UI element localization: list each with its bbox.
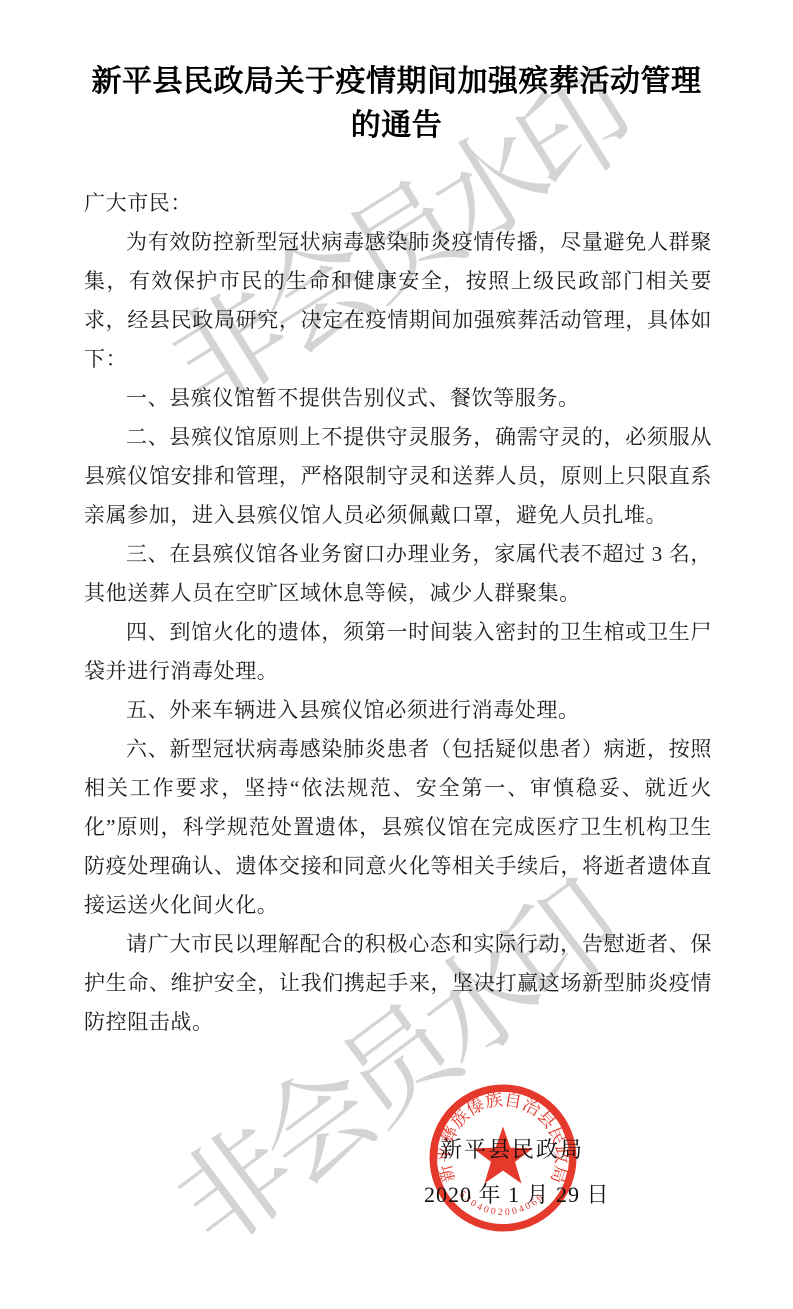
signature: 新平县民政局 [440, 1133, 584, 1164]
document-body: 广大市民： 为有效防控新型冠状病毒感染肺炎疫情传播，尽量避免人群聚集，有效保护市… [84, 184, 712, 1042]
paragraph: 五、外来车辆进入县殡仪馆必须进行消毒处理。 [84, 691, 712, 730]
paragraph: 三、在县殡仪馆各业务窗口办理业务，家属代表不超过 3 名，其他送葬人员在空旷区域… [84, 535, 712, 613]
paragraph: 一、县殡仪馆暂不提供告别仪式、餐饮等服务。 [84, 379, 712, 418]
paragraph: 请广大市民以理解配合的积极心态和实际行动，告慰逝者、保护生命、维护安全，让我们携… [84, 925, 712, 1042]
paragraph: 四、到馆火化的遗体，须第一时间装入密封的卫生棺或卫生尸袋并进行消毒处理。 [84, 613, 712, 691]
paragraph: 为有效防控新型冠状病毒感染肺炎疫情传播，尽量避免人群聚集，有效保护市民的生命和健… [84, 223, 712, 379]
paragraph: 二、县殡仪馆原则上不提供守灵服务，确需守灵的，必须服从县殡仪馆安排和管理，严格限… [84, 418, 712, 535]
paragraph: 六、新型冠状病毒感染肺炎患者（包括疑似患者）病逝，按照相关工作要求，坚持“依法规… [84, 730, 712, 925]
page-title: 新平县民政局关于疫情期间加强殡葬活动管理的通告 [87, 60, 707, 148]
document-page: 非会员水印 非会员水印 新平县民政局关于疫情期间加强殡葬活动管理的通告 广大市民… [0, 0, 793, 1309]
document-date: 2020 年 1 月 29 日 [424, 1178, 610, 1209]
salutation: 广大市民： [84, 184, 712, 223]
